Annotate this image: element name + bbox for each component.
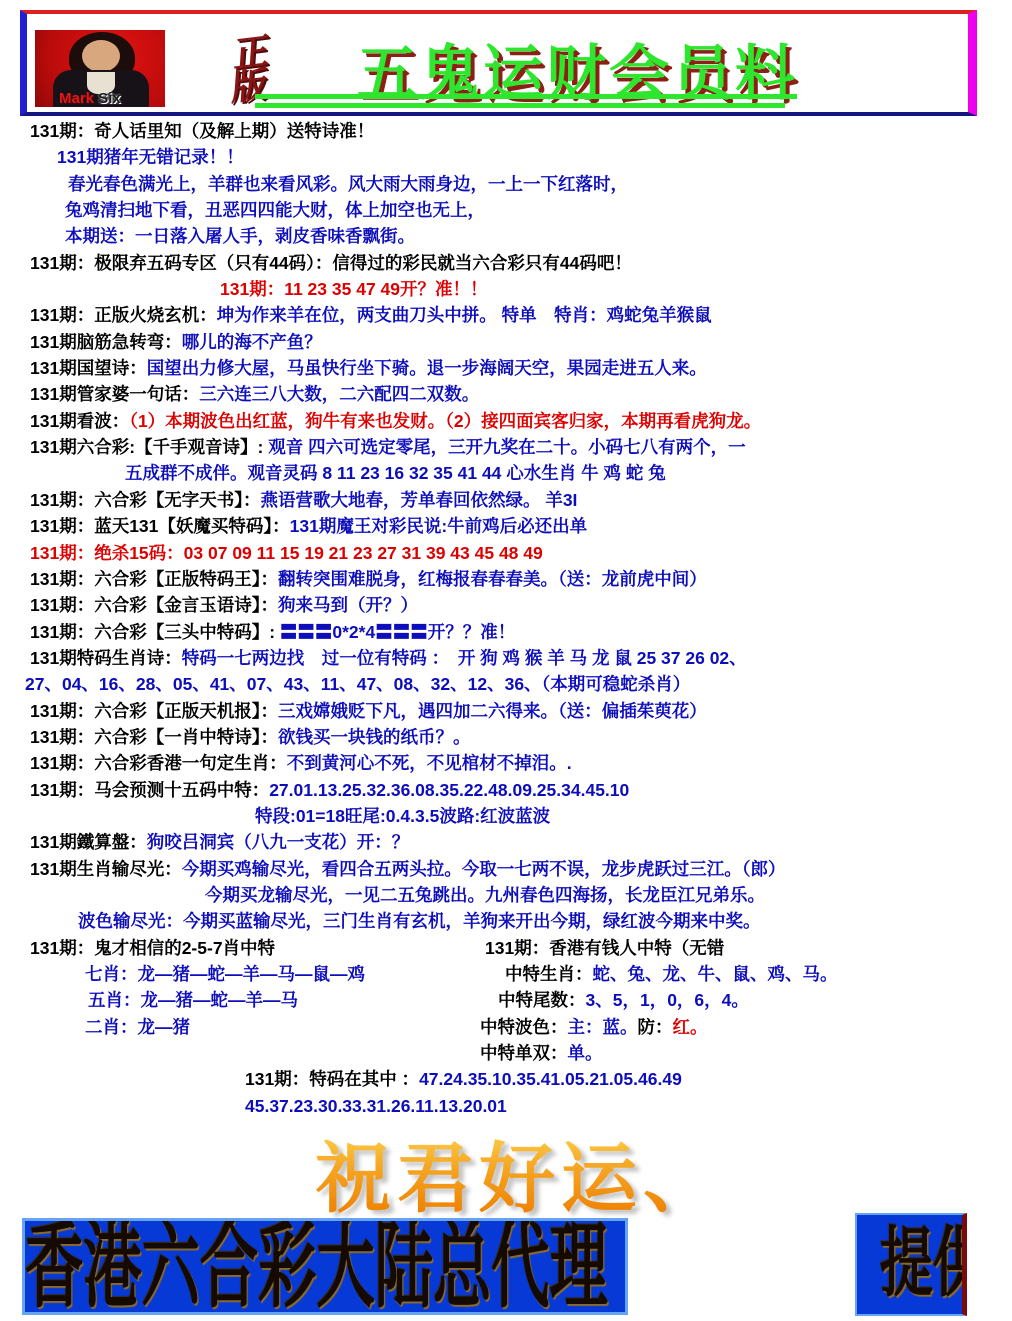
text-segment: 狗来马到（开？） <box>278 595 418 615</box>
text-line: 131期：六合彩香港一句定生肖：不到黄河心不死，不见棺材不掉泪。. <box>0 750 1012 776</box>
line-part: 131期猪年无错记录！！ <box>57 144 244 170</box>
text-line: 131期：六合彩【无字天书】：燕语营歌大地春，芳单春回依然绿。 羊3I <box>0 487 1012 513</box>
line-part: 131期：蓝天131【妖魔买特码】：131期魔王对彩民说:牛前鸡后必还出单 <box>30 513 587 539</box>
text-segment: 131期脑筋急转弯： <box>30 332 182 352</box>
text-segment: 131期：六合彩【一肖中特诗】： <box>30 727 278 747</box>
text-segment: 二肖：龙—猪 <box>85 1017 190 1037</box>
text-line: 45.37.23.30.33.31.26.11.13.20.01 <box>0 1093 1012 1119</box>
line-part: 中特单双：单。 <box>480 1040 603 1066</box>
text-segment: 〓〓〓0*2*4〓〓〓开？？准！ <box>280 622 515 642</box>
text-segment: 主：蓝。 <box>568 1017 638 1037</box>
text-segment: 红。 <box>673 1017 708 1037</box>
agent-banner-text: 香港六合彩大陆总代理 <box>25 1221 608 1311</box>
text-line: 特段:01=18旺尾:0.4.3.5波路:红波蓝波 <box>0 803 1012 829</box>
page-title: 五鬼运财会员料 <box>357 26 798 112</box>
line-part: 中特波色：主：蓝。防：红。 <box>480 1014 708 1040</box>
text-segment: 131期：六合彩【正版特码王】： <box>30 569 278 589</box>
line-part: 131期：正版火烧玄机：坤为作来羊在位，两支曲刀头中拼。 特单 特肖：鸡蛇兔羊猴… <box>30 302 712 328</box>
text-line: 131期特码生肖诗：特码一七两边找 过一位有特码 ： 开 狗 鸡 猴 羊 马 龙… <box>0 645 1012 671</box>
text-segment: 45.37.23.30.33.31.26.11.13.20.01 <box>245 1096 507 1116</box>
text-line: 波色输尽光：今期买蓝输尽光，三门生肖有玄机，羊狗来开出今期，绿红波今期来中奖。 <box>0 908 1012 934</box>
text-line: 131期：正版火烧玄机：坤为作来羊在位，两支曲刀头中拼。 特单 特肖：鸡蛇兔羊猴… <box>0 302 1012 328</box>
text-line: 131期：蓝天131【妖魔买特码】：131期魔王对彩民说:牛前鸡后必还出单 <box>0 513 1012 539</box>
line-part: 131期国望诗：国望出力修大屋，马虽快行坐下骑。退一步海阔天空，果园走进五人来。 <box>30 355 707 381</box>
line-part: 131期六合彩:【千手观音诗】: 观音 四六可选定零尾，三开九奖在二十。小码七八… <box>30 434 746 460</box>
text-segment: 观音 四六可选定零尾，三开九奖在二十。小码七八有两个，一 <box>268 437 745 457</box>
text-segment: 翻转突围难脱身，红梅报春春春美。（送：龙前虎中间） <box>278 569 707 589</box>
line-part: 今期买龙输尽光，一见二五兔跳出。九州春色四海扬，长龙臣江兄弟乐。 <box>205 882 765 908</box>
line-part: 27、04、16、28、05、41、07、43、11、47、08、32、12、3… <box>25 671 690 697</box>
content-lines: 131期：奇人话里知（及解上期）送特诗准！131期猪年无错记录！！春光春色满光上… <box>0 118 1012 1119</box>
text-segment: 中特生肖： <box>505 964 593 984</box>
text-segment: 坤为作来羊在位，两支曲刀头中拼。 特单 特肖：鸡蛇兔羊猴鼠 <box>217 305 712 325</box>
text-line: 131期：奇人话里知（及解上期）送特诗准！ <box>0 118 1012 144</box>
portrait-photo: Mark Six <box>35 30 165 107</box>
title-underline-2 <box>255 103 785 108</box>
line-part: 131期：绝杀15码：03 07 09 11 15 19 21 23 27 31… <box>30 540 543 566</box>
text-line: 131期脑筋急转弯：哪儿的海不产鱼？ <box>0 329 1012 355</box>
line-part: 特段:01=18旺尾:0.4.3.5波路:红波蓝波 <box>255 803 550 829</box>
text-line: 131期：六合彩【三头中特码】: 〓〓〓0*2*4〓〓〓开？？准！ <box>0 619 1012 645</box>
line-part: 45.37.23.30.33.31.26.11.13.20.01 <box>245 1093 507 1119</box>
text-segment: 131期：六合彩【金言玉语诗】： <box>30 595 278 615</box>
text-line: 131期：六合彩【一肖中特诗】：欲钱买一块钱的纸币？。 <box>0 724 1012 750</box>
line-part: 131期：六合彩【无字天书】：燕语营歌大地春，芳单春回依然绿。 羊3I <box>30 487 577 513</box>
line-part: 131期：六合彩香港一句定生肖：不到黄河心不死，不见棺材不掉泪。. <box>30 750 572 776</box>
line-part: 七肖：龙—猪—蛇—羊—马—鼠—鸡 <box>85 961 365 987</box>
line-part: 兔鸡清扫地下看，丑恶四四能大财，体上加空也无上， <box>65 197 485 223</box>
text-segment: 131期：六合彩【正版天机报】： <box>30 701 278 721</box>
text-segment: 131期：极限弃五码专区（只有44码）：信得过的彩民就当六合彩只有44码吧！ <box>30 253 632 273</box>
text-line: 131期：六合彩【金言玉语诗】：狗来马到（开？） <box>0 592 1012 618</box>
text-segment: 不到黄河心不死，不见棺材不掉泪。. <box>287 753 572 773</box>
text-segment: 131期：六合彩【无字天书】： <box>30 490 260 510</box>
text-line: 中特单双：单。 <box>0 1040 1012 1066</box>
text-segment: 131期：11 23 35 47 49开？准！！ <box>220 279 488 299</box>
text-line: 131期：特码在其中 ：47.24.35.10.35.41.05.21.05.4… <box>0 1066 1012 1092</box>
header-banner: Mark Six 正 版 五鬼运财会员料 <box>20 10 977 116</box>
text-segment: 蛇、兔、龙、牛、鼠、鸡、马。 <box>593 964 838 984</box>
text-line: 131期看波：（1）本期波色出红蓝，狗牛有来也发财。（2）接四面宾客归家，本期再… <box>0 408 1012 434</box>
line-part: 五成群不成伴。观音灵码 8 11 23 16 32 35 41 44 心水生肖 … <box>125 460 666 486</box>
line-part: 131期鐵算盤：狗咬吕洞宾（八九一支花）开：？ <box>30 829 409 855</box>
line-part: 131期生肖输尽光：今期买鸡输尽光，看四合五两头拉。今取一七两不误，龙步虎跃过三… <box>30 856 785 882</box>
text-line: 131期：11 23 35 47 49开？准！！ <box>0 276 1012 302</box>
text-segment: 131期猪年无错记录！！ <box>57 147 244 167</box>
text-line: 131期：鬼才相信的2-5-7肖中特131期：香港有钱人中特（无错 <box>0 935 1012 961</box>
line-part: 二肖：龙—猪 <box>85 1014 190 1040</box>
text-segment: 131期特码生肖诗： <box>30 648 182 668</box>
agent-banner: 香港六合彩大陆总代理 <box>22 1218 628 1315</box>
text-line: 五肖：龙—猪—蛇—羊—马中特尾数：3、5，1，0，6，4。 <box>0 987 1012 1013</box>
text-segment: 3、5，1，0，6，4。 <box>586 990 749 1010</box>
text-segment: 中特尾数： <box>498 990 586 1010</box>
line-part: 131期：特码在其中 ：47.24.35.10.35.41.05.21.05.4… <box>245 1066 682 1092</box>
text-line: 131期：六合彩【正版特码王】：翻转突围难脱身，红梅报春春春美。（送：龙前虎中间… <box>0 566 1012 592</box>
text-segment: 七肖：龙—猪—蛇—羊—马—鼠—鸡 <box>85 964 365 984</box>
text-segment: 防： <box>638 1017 673 1037</box>
text-segment: 131期魔王对彩民说:牛前鸡后必还出单 <box>290 516 588 536</box>
text-segment: 中特波色： <box>480 1017 568 1037</box>
text-segment: 欲钱买一块钱的纸币？。 <box>278 727 471 747</box>
title-underline-1 <box>255 94 797 99</box>
text-segment: 131期看波： <box>30 411 129 431</box>
text-line: 二肖：龙—猪中特波色：主：蓝。防：红。 <box>0 1014 1012 1040</box>
line-part: 131期：六合彩【金言玉语诗】：狗来马到（开？） <box>30 592 418 618</box>
text-segment: 五肖：龙—猪—蛇—羊—马 <box>88 990 298 1010</box>
line-part: 131期：11 23 35 47 49开？准！！ <box>220 276 488 302</box>
text-segment: 131期：特码在其中 ： <box>245 1069 419 1089</box>
text-segment: 131期：六合彩【三头中特码】: <box>30 622 280 642</box>
line-part: 131期管家婆一句话：三六连三八大数，二六配四二双数。 <box>30 381 479 407</box>
text-segment: 燕语营歌大地春，芳单春回依然绿。 羊3I <box>260 490 577 510</box>
text-segment: 今期买龙输尽光，一见二五兔跳出。九州春色四海扬，长龙臣江兄弟乐。 <box>205 885 765 905</box>
text-line: 131期生肖输尽光：今期买鸡输尽光，看四合五两头拉。今取一七两不误，龙步虎跃过三… <box>0 856 1012 882</box>
line-part: 中特尾数：3、5，1，0，6，4。 <box>498 987 749 1013</box>
line-part: 131期：极限弃五码专区（只有44码）：信得过的彩民就当六合彩只有44码吧！ <box>30 250 632 276</box>
text-segment: 三戏嫦娥贬下凡，遇四加二六得来。（送：偏插茱萸花） <box>278 701 707 721</box>
text-segment: 中特单双： <box>480 1043 568 1063</box>
text-segment: 131期管家婆一句话： <box>30 384 199 404</box>
text-segment: 今期买蓝输尽光，三门生肖有玄机，羊狗来开出今期，绿红波今期来中奖。 <box>183 911 761 931</box>
line-part: 131期：奇人话里知（及解上期）送特诗准！ <box>30 118 374 144</box>
line-part: 131期看波：（1）本期波色出红蓝，狗牛有来也发财。（2）接四面宾客归家，本期再… <box>30 408 761 434</box>
photo-caption-six: Six <box>98 90 121 107</box>
provide-text: 提供 <box>880 1215 967 1313</box>
text-segment: 131期：鬼才相信的2-5-7肖中特 <box>30 938 275 958</box>
line-part: 131期特码生肖诗：特码一七两边找 过一位有特码 ： 开 狗 鸡 猴 羊 马 龙… <box>30 645 747 671</box>
provide-box: 提供 <box>855 1213 967 1316</box>
line-part: 波色输尽光：今期买蓝输尽光，三门生肖有玄机，羊狗来开出今期，绿红波今期来中奖。 <box>78 908 761 934</box>
text-segment: 131期六合彩:【千手观音诗】: <box>30 437 268 457</box>
line-part: 中特生肖：蛇、兔、龙、牛、鼠、鸡、马。 <box>505 961 838 987</box>
line-part: 131期：香港有钱人中特（无错 <box>485 935 724 961</box>
text-segment: 131期：马会预测十五码中特： <box>30 780 269 800</box>
text-segment: （1）本期波色出红蓝，狗牛有来也发财。（2）接四面宾客归家，本期再看虎狗龙。 <box>129 411 761 431</box>
text-line: 今期买龙输尽光，一见二五兔跳出。九州春色四海扬，长龙臣江兄弟乐。 <box>0 882 1012 908</box>
page: { "colors": { "k": "#000000", "b": "#0d0… <box>0 0 1012 1321</box>
line-part: 本期送：一日落入屠人手，剥皮香味香飘街。 <box>65 223 415 249</box>
text-line: 131期六合彩:【千手观音诗】: 观音 四六可选定零尾，三开九奖在二十。小码七八… <box>0 434 1012 460</box>
line-part: 131期：六合彩【三头中特码】: 〓〓〓0*2*4〓〓〓开？？准！ <box>30 619 515 645</box>
text-line: 五成群不成伴。观音灵码 8 11 23 16 32 35 41 44 心水生肖 … <box>0 460 1012 486</box>
text-segment: 五成群不成伴。观音灵码 8 11 23 16 32 35 41 44 心水生肖 … <box>125 463 666 483</box>
text-segment: 131期：蓝天131【妖魔买特码】： <box>30 516 290 536</box>
text-line: 131期：六合彩【正版天机报】：三戏嫦娥贬下凡，遇四加二六得来。（送：偏插茱萸花… <box>0 698 1012 724</box>
text-line: 27、04、16、28、05、41、07、43、11、47、08、32、12、3… <box>0 671 1012 697</box>
text-segment: 27.01.13.25.32.36.08.35.22.48.09.25.34.4… <box>269 780 629 800</box>
text-segment: 国望出力修大屋，马虽快行坐下骑。退一步海阔天空，果园走进五人来。 <box>147 358 707 378</box>
line-part: 春光春色满光上，羊群也来看风彩。风大雨大雨身边，一上一下红落时， <box>68 171 628 197</box>
text-segment: 春光春色满光上，羊群也来看风彩。风大雨大雨身边，一上一下红落时， <box>68 174 628 194</box>
text-segment: 131期生肖输尽光： <box>30 859 182 879</box>
text-line: 兔鸡清扫地下看，丑恶四四能大财，体上加空也无上， <box>0 197 1012 223</box>
text-line: 131期国望诗：国望出力修大屋，马虽快行坐下骑。退一步海阔天空，果园走进五人来。 <box>0 355 1012 381</box>
text-line: 131期鐵算盤：狗咬吕洞宾（八九一支花）开：？ <box>0 829 1012 855</box>
text-segment: 波色输尽光： <box>78 911 183 931</box>
text-segment: 131期鐵算盤： <box>30 832 147 852</box>
line-part: 131期脑筋急转弯：哪儿的海不产鱼？ <box>30 329 322 355</box>
text-segment: 哪儿的海不产鱼？ <box>182 332 322 352</box>
text-segment: 三六连三八大数，二六配四二双数。 <box>199 384 479 404</box>
text-segment: 本期送：一日落入屠人手，剥皮香味香飘街。 <box>65 226 415 246</box>
text-line: 七肖：龙—猪—蛇—羊—马—鼠—鸡中特生肖：蛇、兔、龙、牛、鼠、鸡、马。 <box>0 961 1012 987</box>
text-segment: 131期：绝杀15码：03 07 09 11 15 19 21 23 27 31… <box>30 543 543 563</box>
text-segment: 特段:01=18旺尾:0.4.3.5波路:红波蓝波 <box>255 806 550 826</box>
photo-face-shape <box>82 40 120 72</box>
text-segment: 27、04、16、28、05、41、07、43、11、47、08、32、12、3… <box>25 674 690 694</box>
text-segment: 47.24.35.10.35.41.05.21.05.46.49 <box>419 1069 682 1089</box>
text-segment: 131期：香港有钱人中特（无错 <box>485 938 724 958</box>
line-part: 131期：马会预测十五码中特：27.01.13.25.32.36.08.35.2… <box>30 777 629 803</box>
text-line: 131期猪年无错记录！！ <box>0 144 1012 170</box>
text-segment: 131期：六合彩香港一句定生肖： <box>30 753 287 773</box>
text-segment: 131期：正版火烧玄机： <box>30 305 217 325</box>
line-part: 131期：六合彩【一肖中特诗】：欲钱买一块钱的纸币？。 <box>30 724 470 750</box>
line-part: 131期：鬼才相信的2-5-7肖中特 <box>30 935 275 961</box>
text-segment: 今期买鸡输尽光，看四合五两头拉。今取一七两不误，龙步虎跃过三江。（郎） <box>182 859 786 879</box>
photo-caption-mark: Mark <box>59 90 94 107</box>
text-segment: 131期：奇人话里知（及解上期）送特诗准！ <box>30 121 374 141</box>
text-segment: 狗咬吕洞宾（八九一支花）开：？ <box>147 832 410 852</box>
line-part: 五肖：龙—猪—蛇—羊—马 <box>88 987 298 1013</box>
line-part: 131期：六合彩【正版特码王】：翻转突围难脱身，红梅报春春春美。（送：龙前虎中间… <box>30 566 707 592</box>
good-luck-wish: 祝君好运、 <box>315 1118 725 1227</box>
text-line: 131期管家婆一句话：三六连三八大数，二六配四二双数。 <box>0 381 1012 407</box>
text-line: 131期：绝杀15码：03 07 09 11 15 19 21 23 27 31… <box>0 540 1012 566</box>
line-part: 131期：六合彩【正版天机报】：三戏嫦娥贬下凡，遇四加二六得来。（送：偏插茱萸花… <box>30 698 707 724</box>
text-segment: 兔鸡清扫地下看，丑恶四四能大财，体上加空也无上， <box>65 200 485 220</box>
text-segment: 单。 <box>568 1043 603 1063</box>
text-line: 本期送：一日落入屠人手，剥皮香味香飘街。 <box>0 223 1012 249</box>
text-line: 131期：马会预测十五码中特：27.01.13.25.32.36.08.35.2… <box>0 777 1012 803</box>
text-segment: 131期国望诗： <box>30 358 147 378</box>
text-line: 春光春色满光上，羊群也来看风彩。风大雨大雨身边，一上一下红落时， <box>0 171 1012 197</box>
text-segment: 特码一七两边找 过一位有特码 ： 开 狗 鸡 猴 羊 马 龙 鼠 25 37 2… <box>182 648 747 668</box>
text-line: 131期：极限弃五码专区（只有44码）：信得过的彩民就当六合彩只有44码吧！ <box>0 250 1012 276</box>
photo-caption: Mark Six <box>59 90 121 107</box>
